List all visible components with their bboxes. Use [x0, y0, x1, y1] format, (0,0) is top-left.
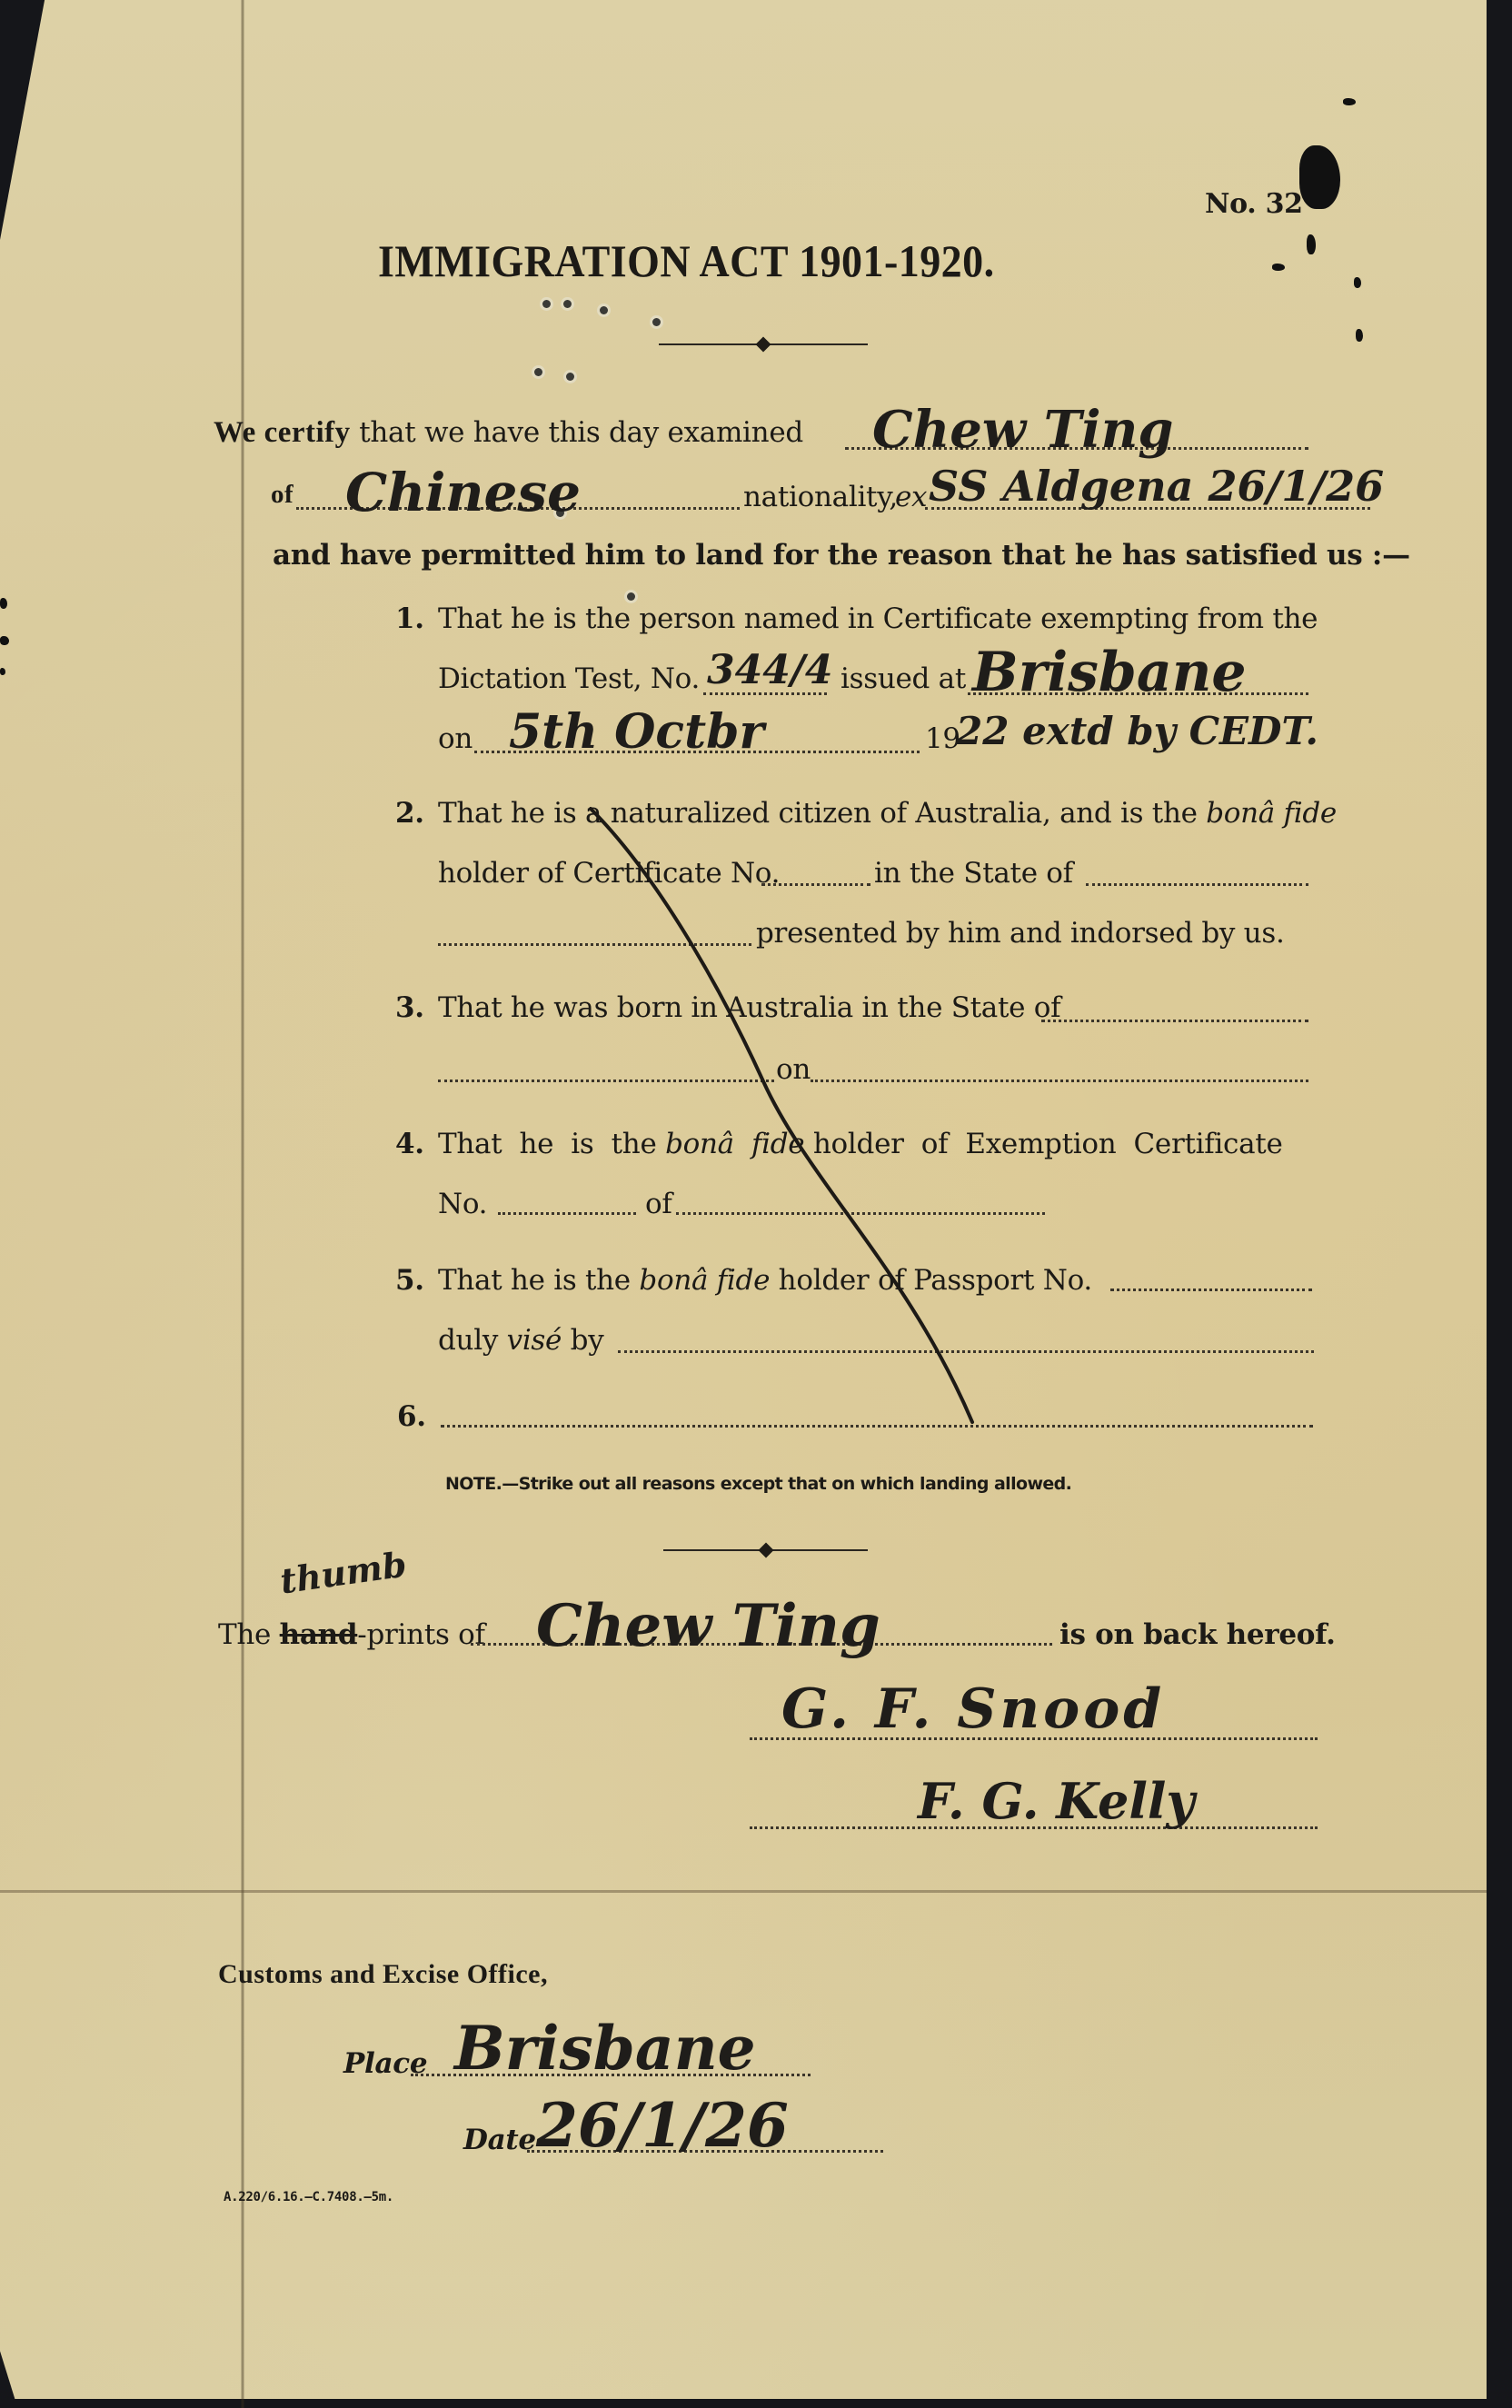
- prints-rest: -prints of: [357, 1618, 484, 1651]
- prints-the: The: [218, 1618, 271, 1651]
- date-field[interactable]: 26/1/26: [536, 2090, 789, 2161]
- prints-struck-word: hand: [280, 1618, 358, 1651]
- print-code: A.220/6.16.—C.7408.—5m.: [224, 2191, 393, 2204]
- signature-1[interactable]: G. F. Snood: [781, 1677, 1165, 1741]
- office-heading: Customs and Excise Office,: [218, 1961, 548, 1988]
- date-label: Date: [463, 2126, 536, 2154]
- place-field[interactable]: Brisbane: [454, 2013, 756, 2084]
- strike-out-line: [0, 0, 1512, 2408]
- signature-2[interactable]: F. G. Kelly: [918, 1772, 1195, 1830]
- prints-line: The hand-prints of: [218, 1621, 485, 1649]
- note-text: —Strike out all reasons except that on w…: [502, 1474, 1071, 1494]
- prints-name-field[interactable]: Chew Ting: [536, 1592, 880, 1660]
- note-label: NOTE.: [445, 1474, 502, 1494]
- prints-suffix: is on back hereof.: [1059, 1621, 1336, 1649]
- note: NOTE.—Strike out all reasons except that…: [445, 1476, 1071, 1493]
- ornament-divider: [663, 1549, 868, 1551]
